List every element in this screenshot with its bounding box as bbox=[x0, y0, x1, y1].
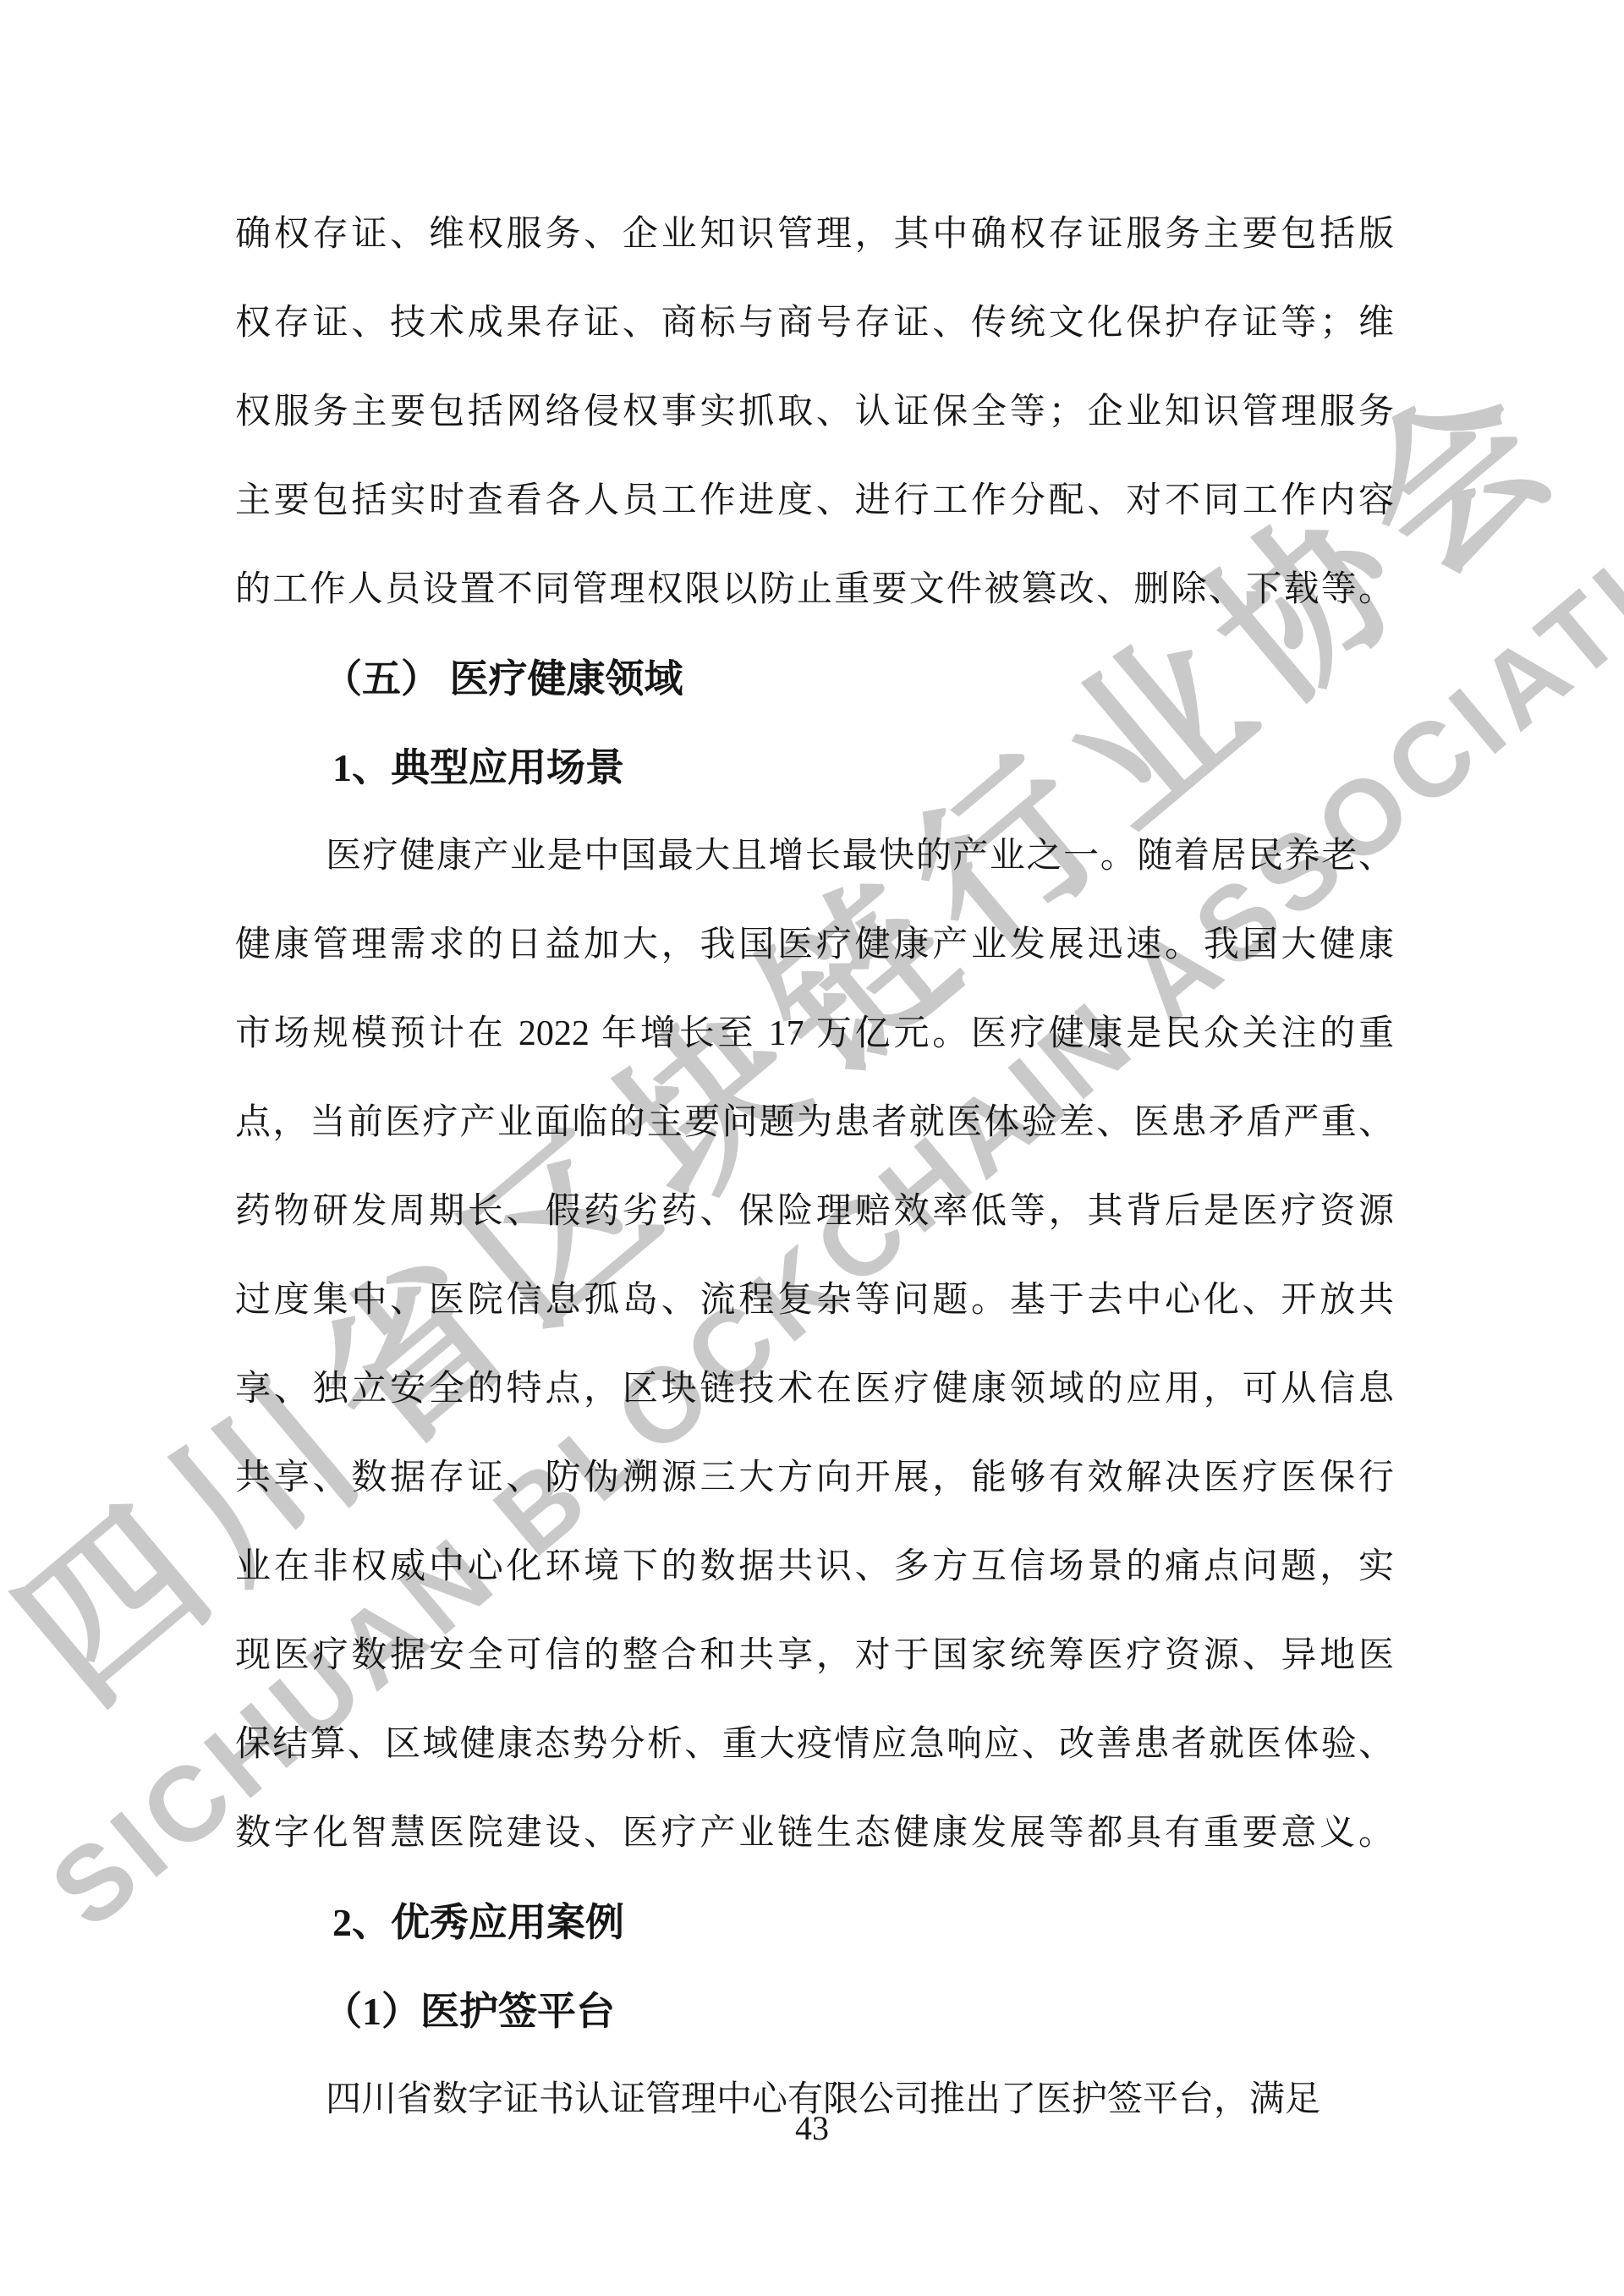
text-line: 市场规模预计在 2022 年增长至 17 万亿元。医疗健康是民众关注的重 bbox=[235, 990, 1394, 1079]
text-line: 权存证、技术成果存证、商标与商号存证、传统文化保护存证等；维 bbox=[235, 279, 1394, 368]
page-body: 确权存证、维权服务、企业知识管理，其中确权存证服务主要包括版权存证、技术成果存证… bbox=[235, 190, 1394, 2145]
text-line: 权服务主要包括网络侵权事实抓取、认证保全等；企业知识管理服务 bbox=[235, 368, 1394, 457]
subheading-excellent-cases: 2、优秀应用案例 bbox=[235, 1878, 1394, 1967]
page-number: 43 bbox=[0, 2108, 1624, 2148]
text-line: 数字化智慧医院建设、医疗产业链生态健康发展等都具有重要意义。 bbox=[235, 1789, 1394, 1878]
text-line: 医疗健康产业是中国最大且增长最快的产业之一。随着居民养老、 bbox=[235, 812, 1394, 901]
section-heading-5-medical-health: （五） 医疗健康领域 bbox=[235, 634, 1394, 723]
text-line: 业在非权威中心化环境下的数据共识、多方互信场景的痛点问题，实 bbox=[235, 1523, 1394, 1612]
text-line: 健康管理需求的日益加大，我国医疗健康产业发展迅速。我国大健康 bbox=[235, 901, 1394, 990]
text-line: 主要包括实时查看各人员工作进度、进行工作分配、对不同工作内容 bbox=[235, 457, 1394, 546]
text-line: 共享、数据存证、防伪溯源三大方向开展，能够有效解决医疗医保行 bbox=[235, 1434, 1394, 1523]
subheading-typical-scenarios: 1、典型应用场景 bbox=[235, 723, 1394, 812]
text-line: 点，当前医疗产业面临的主要问题为患者就医体验差、医患矛盾严重、 bbox=[235, 1079, 1394, 1167]
text-line: 享、独立安全的特点，区块链技术在医疗健康领域的应用，可从信息 bbox=[235, 1345, 1394, 1434]
paragraph-typical-scenarios: 医疗健康产业是中国最大且增长最快的产业之一。随着居民养老、健康管理需求的日益加大… bbox=[235, 812, 1394, 1878]
text-line: 保结算、区域健康态势分析、重大疫情应急响应、改善患者就医体验、 bbox=[235, 1700, 1394, 1789]
text-line: 确权存证、维权服务、企业知识管理，其中确权存证服务主要包括版 bbox=[235, 190, 1394, 279]
text-line: 药物研发周期长、假药劣药、保险理赔效率低等，其背后是医疗资源 bbox=[235, 1167, 1394, 1256]
paragraph-continuation: 确权存证、维权服务、企业知识管理，其中确权存证服务主要包括版权存证、技术成果存证… bbox=[235, 190, 1394, 634]
text-line: 现医疗数据安全可信的整合和共享，对于国家统筹医疗资源、异地医 bbox=[235, 1612, 1394, 1700]
subheading-case1-yihuqian: （1）医护签平台 bbox=[235, 1967, 1394, 2056]
text-line: 过度集中、医院信息孤岛、流程复杂等问题。基于去中心化、开放共 bbox=[235, 1256, 1394, 1345]
document-page: 四川省区块链行业协会 SICHUAN BLOCKCHAIN ASSOCIATIO… bbox=[0, 0, 1624, 2296]
text-line: 的工作人员设置不同管理权限以防止重要文件被篡改、删除、下载等。 bbox=[235, 546, 1394, 634]
